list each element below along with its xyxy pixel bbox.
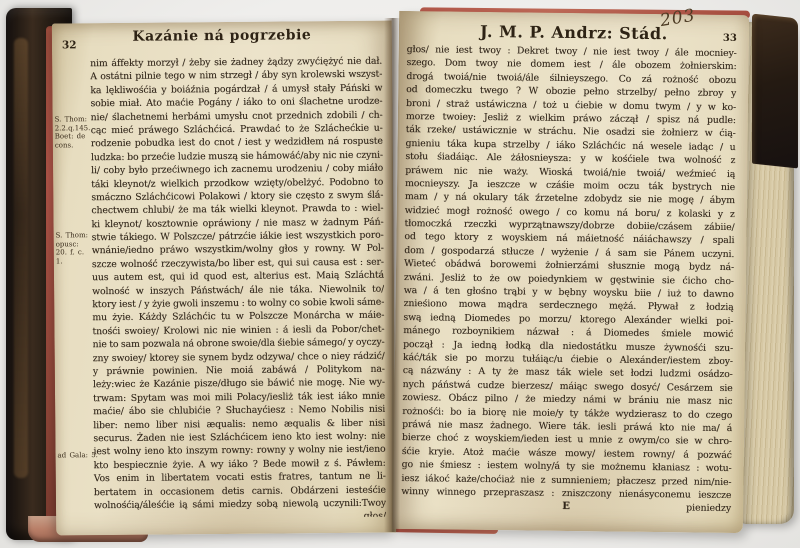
right-running-head-row: J. M. P. Andrz: Stád. 33 — [399, 11, 749, 45]
right-page-body-text: głos/ nie iest twoy : Dekret twoy / nie … — [401, 43, 737, 515]
left-body-lines: nim áffekty morzył / żeby sie żadney żąd… — [90, 55, 386, 513]
gutter-shadow — [384, 18, 400, 532]
right-signature-catchword-row: E pieniedzy — [401, 498, 731, 515]
left-running-head-row: 32 Kazánie ná pogrzebie — [52, 21, 392, 54]
right-body-lines: głos/ nie iest twoy : Dekret twoy / nie … — [401, 43, 737, 502]
right-page-number: 33 — [723, 33, 737, 44]
right-page: 203 J. M. P. Andrz: Stád. 33 głos/ nie i… — [393, 11, 749, 533]
book-photograph: 32 Kazánie ná pogrzebie S. Thom: 2.2.q.1… — [0, 0, 800, 548]
signature-mark: E — [401, 498, 731, 515]
left-page-body-text: nim áffekty morzył / żeby sie żadney żąd… — [90, 55, 386, 520]
left-catchword: głos/ — [364, 511, 387, 519]
margin-note-thomas-boethius: S. Thom: 2.2.q.145. Boet: de cons. — [55, 115, 89, 149]
back-cover-corner — [752, 14, 798, 169]
margin-note-galatians: ad Gala: 5. — [58, 451, 92, 460]
left-catchword-row: głos/ — [94, 510, 386, 519]
margin-note-thomas-opusc: S. Thom: opusc: 20. f. c. 1. — [56, 231, 90, 265]
left-page: 32 Kazánie ná pogrzebie S. Thom: 2.2.q.1… — [52, 21, 396, 536]
left-running-header: Kazánie ná pogrzebie — [52, 27, 392, 46]
